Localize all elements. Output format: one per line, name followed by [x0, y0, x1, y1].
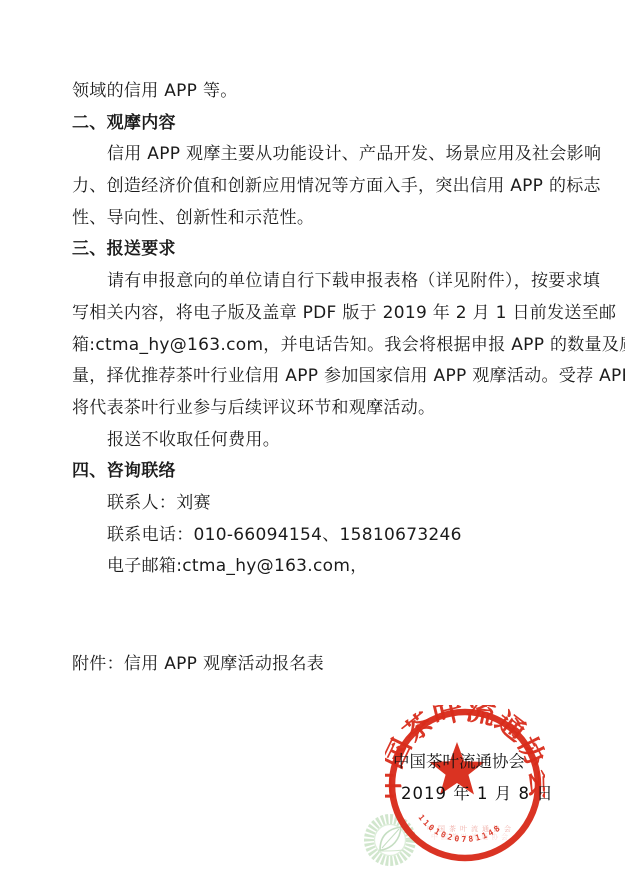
doc-line: 请有申报意向的单位请自行下载申报表格（详见附件），按要求填	[72, 266, 560, 298]
doc-line-fee-note: 报送不收取任何费用。	[72, 425, 560, 457]
contact-email: 电子邮箱:ctma_hy@163.com，	[72, 551, 560, 583]
contact-person: 联系人：刘赛	[72, 488, 560, 520]
section-2-heading: 二、观摩内容	[72, 108, 560, 140]
doc-line: 将代表茶叶行业参与后续评议环节和观摩活动。	[72, 393, 560, 425]
doc-line: 信用 APP 观摩主要从功能设计、产品开发、场景应用及社会影响	[72, 139, 560, 171]
section-4-heading: 四、咨询联络	[72, 456, 560, 488]
document-body: 领域的信用 APP 等。 二、观摩内容 信用 APP 观摩主要从功能设计、产品开…	[72, 76, 560, 681]
seal-microtext-faint: 中国茶叶流通协会	[431, 832, 511, 841]
seal-microtext: 中国茶叶流通协会	[427, 824, 515, 833]
section-3-heading: 三、报送要求	[72, 234, 560, 266]
contact-phone: 联系电话：010-66094154、15810673246	[72, 520, 560, 552]
doc-line: 量，择优推荐茶叶行业信用 APP 参加国家信用 APP 观摩活动。受荐 APP	[72, 361, 560, 393]
doc-line: 写相关内容，将电子版及盖章 PDF 版于 2019 年 2 月 1 日前发送至邮	[72, 298, 560, 330]
signature-org: 中国茶叶流通协会	[393, 748, 525, 772]
document-page: 领域的信用 APP 等。 二、观摩内容 信用 APP 观摩主要从功能设计、产品开…	[0, 0, 625, 883]
doc-line: 性、导向性、创新性和示范性。	[72, 203, 560, 235]
doc-line: 力、创造经济价值和创新应用情况等方面入手，突出信用 APP 的标志	[72, 171, 560, 203]
attachment-line: 附件：信用 APP 观摩活动报名表	[72, 649, 560, 681]
signature-date: 2019 年 1 月 8 日	[401, 780, 554, 804]
doc-line-email: 箱:ctma_hy@163.com，并电话告知。我会将根据申报 APP 的数量及…	[72, 330, 560, 362]
doc-line: 领域的信用 APP 等。	[72, 76, 560, 108]
